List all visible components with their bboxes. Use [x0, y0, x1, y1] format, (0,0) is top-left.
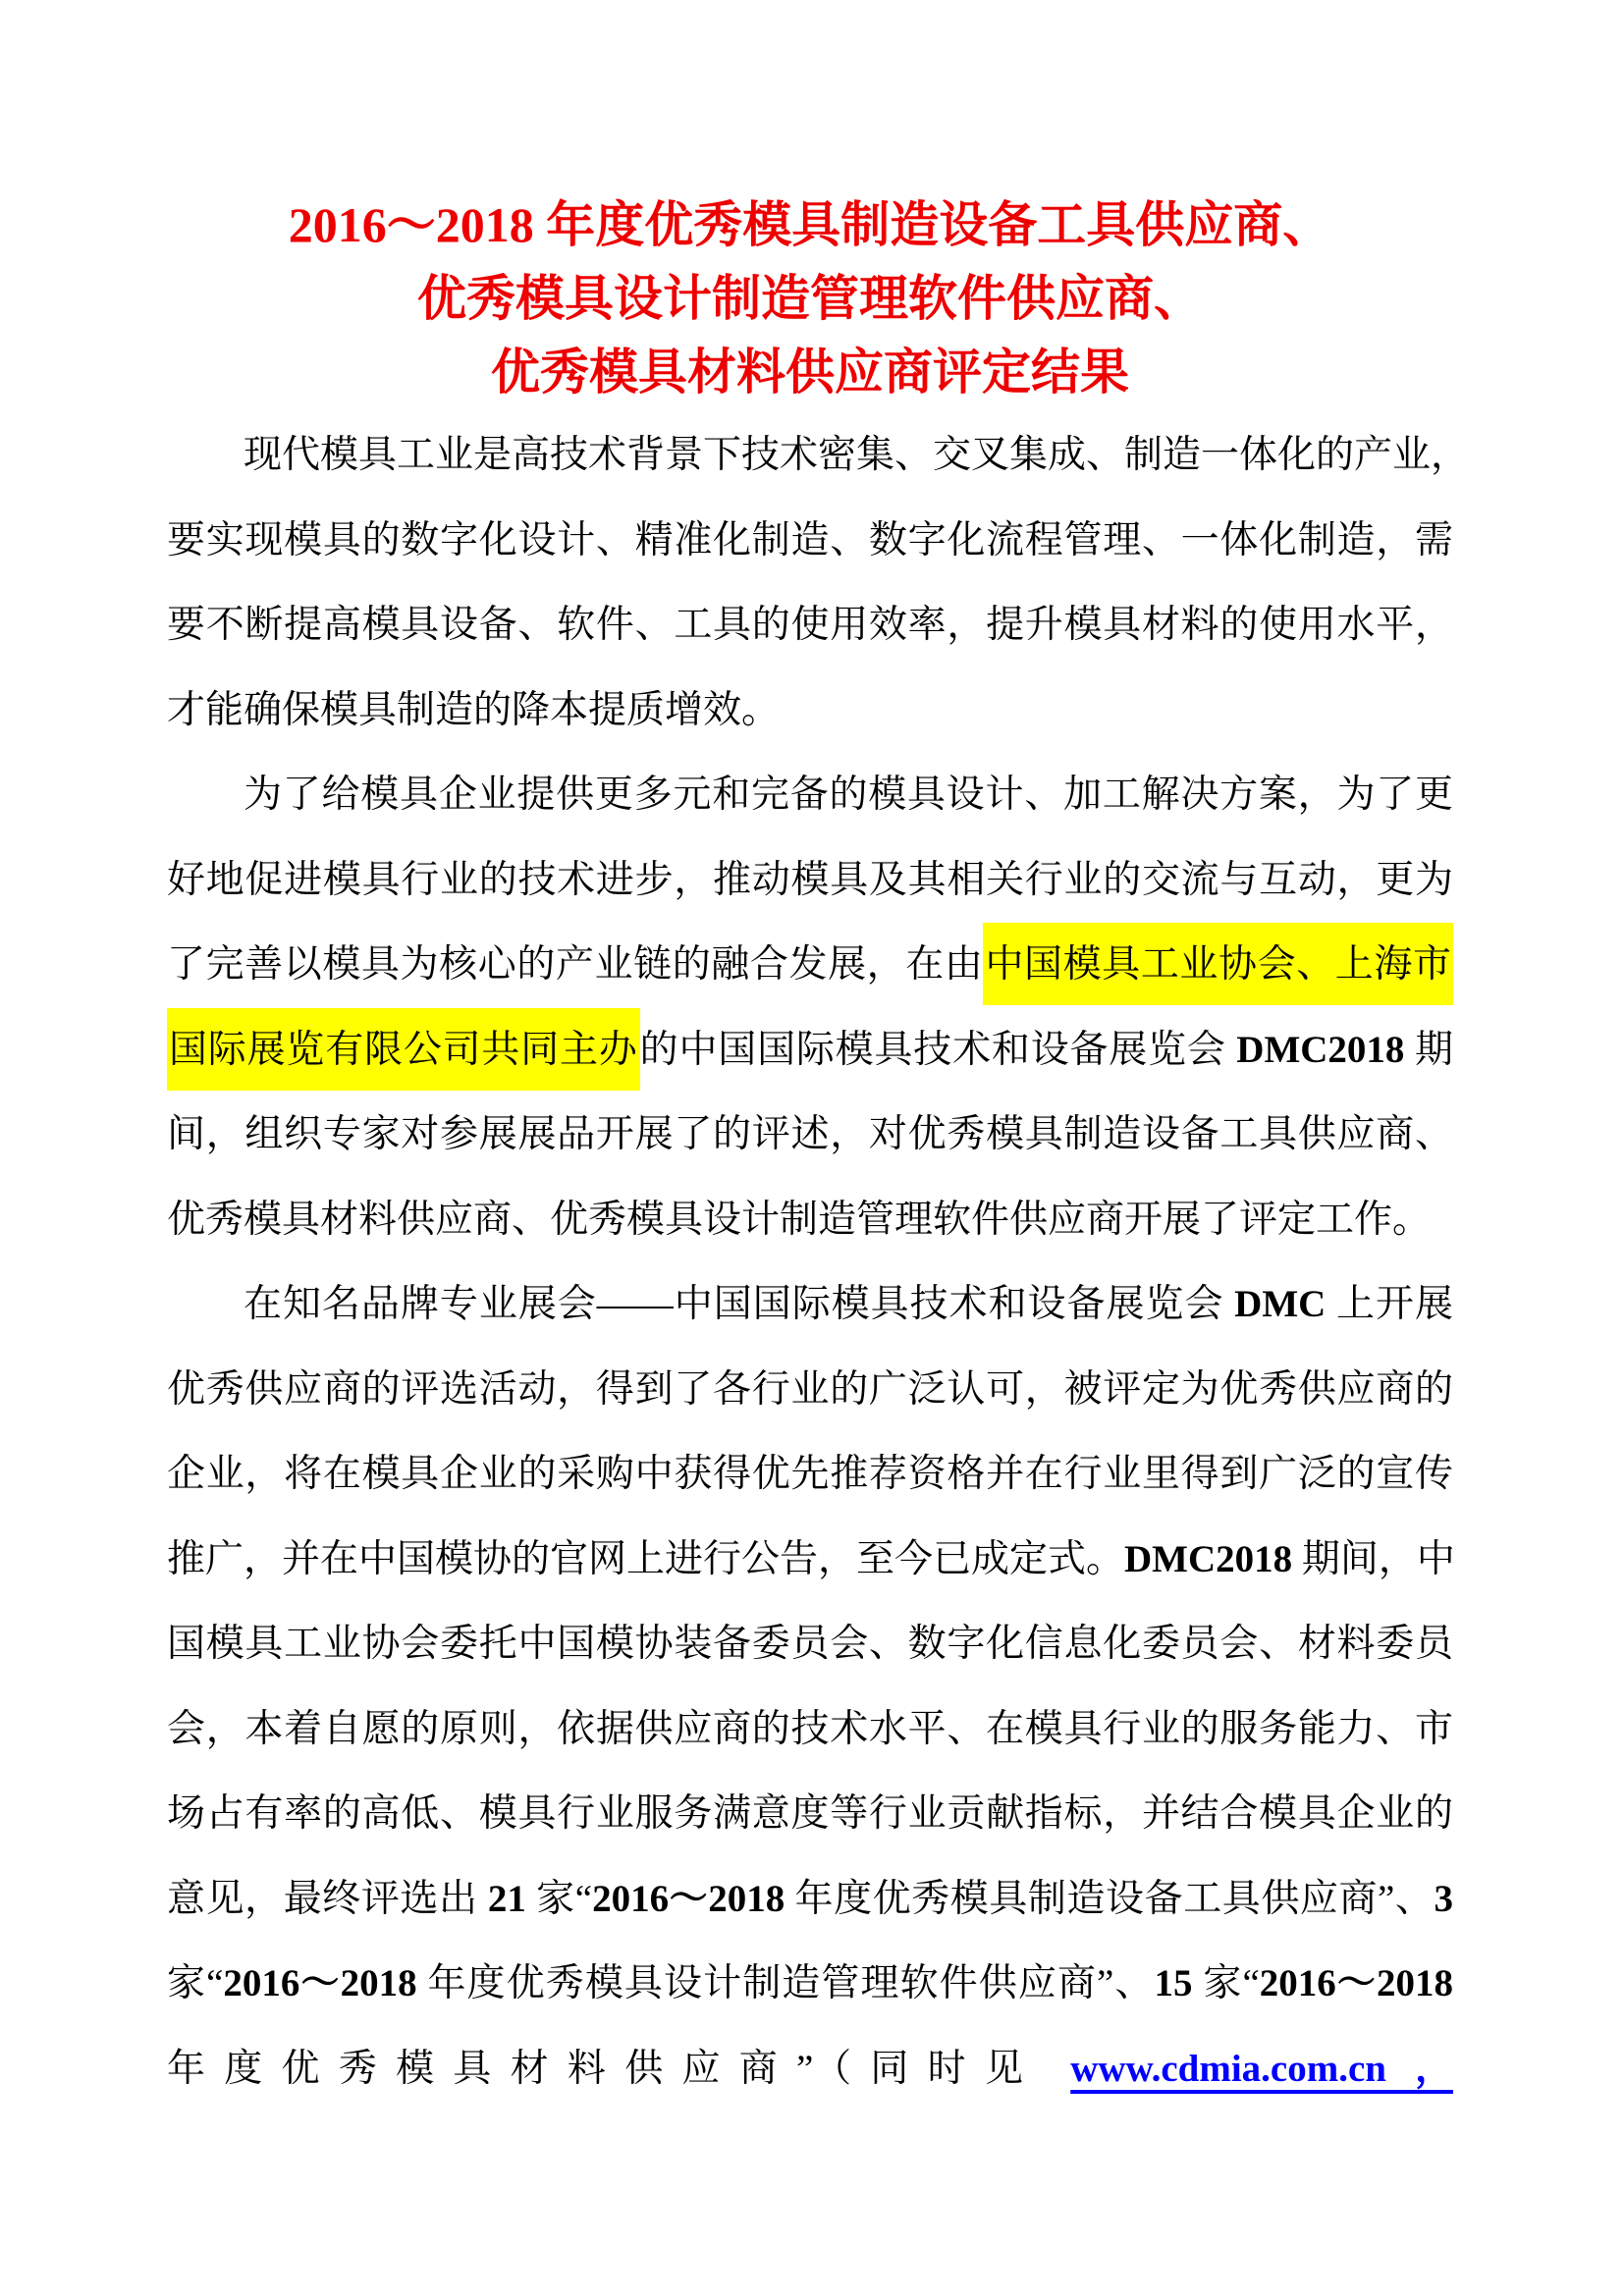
highlighted-text: 中国模具工业协会、上海市	[983, 923, 1453, 1005]
title-line: 优秀模具设计制造管理软件供应商、	[167, 262, 1453, 336]
text-segment: 的中国国际模具技术和设备展览会	[640, 1029, 1237, 1071]
body-line: 要实现模具的数字化设计、精准化制造、数字化流程管理、一体化制造，需	[167, 499, 1453, 584]
body-line: 意见，最终评选出 21 家“2016～2018 年度优秀模具制造设备工具供应商”…	[167, 1857, 1453, 1943]
body-line: 优秀供应商的评选活动，得到了各行业的广泛认可，被评定为优秀供应商的	[167, 1348, 1453, 1433]
latin-text-segment: 15	[1155, 1962, 1193, 2004]
text-segment: 好地促进模具行业的技术进步，推动模具及其相关行业的交流与互动，更为	[167, 859, 1453, 901]
body-line: 会，本着自愿的原则，依据供应商的技术水平、在模具行业的服务能力、市	[167, 1687, 1453, 1773]
text-segment: 要实现模具的数字化设计、精准化制造、数字化流程管理、一体化制造，需	[167, 519, 1453, 561]
text-segment: 家“	[167, 1962, 223, 2004]
text-segment: 企业，将在模具企业的采购中获得优先推荐资格并在行业里得到广泛的宣传	[167, 1453, 1453, 1495]
paragraph: 在知名品牌专业展会——中国国际模具技术和设备展览会 DMC 上开展优秀供应商的评…	[167, 1262, 1453, 2111]
body-line: 场占有率的高低、模具行业服务满意度等行业贡献指标，并结合模具企业的	[167, 1772, 1453, 1857]
text-segment: 年度优秀模具设计制造管理软件供应商”、	[417, 1962, 1155, 2004]
latin-text-segment: DMC	[1234, 1283, 1326, 1325]
latin-text-segment: 2016～2018	[592, 1878, 785, 1920]
latin-text-segment: 3	[1434, 1878, 1453, 1920]
body-line: 现代模具工业是高技术背景下技术密集、交叉集成、制造一体化的产业，	[167, 413, 1453, 499]
text-segment: 间，组织专家对参展展品开展了的评述，对优秀模具制造设备工具供应商、	[167, 1113, 1453, 1155]
body-line: 国际展览有限公司共同主办的中国国际模具技术和设备展览会 DMC2018 期	[167, 1008, 1453, 1094]
text-segment: 要不断提高模具设备、软件、工具的使用效率，提升模具材料的使用水平，	[167, 604, 1453, 646]
document-title: 2016～2018 年度优秀模具制造设备工具供应商、 优秀模具设计制造管理软件供…	[167, 188, 1453, 409]
body-line: 年度优秀模具材料供应商”（同时见 www.cdmia.com.cn ，	[167, 2027, 1453, 2112]
body-line: 间，组织专家对参展展品开展了的评述，对优秀模具制造设备工具供应商、	[167, 1093, 1453, 1178]
text-segment: 年度优秀模具制造设备工具供应商”、	[785, 1878, 1434, 1920]
text-segment: 了完善以模具为核心的产业链的融合发展，在由	[167, 943, 983, 986]
document-page: 2016～2018 年度优秀模具制造设备工具供应商、 优秀模具设计制造管理软件供…	[0, 0, 1624, 2296]
body-line: 为了给模具企业提供更多元和完备的模具设计、加工解决方案，为了更	[167, 753, 1453, 838]
body-line: 优秀模具材料供应商、优秀模具设计制造管理软件供应商开展了评定工作。	[167, 1178, 1453, 1263]
website-link[interactable]: www.cdmia.com.cn ，	[1070, 2048, 1453, 2090]
text-segment: 意见，最终评选出	[167, 1878, 488, 1920]
body-line: 家“2016～2018 年度优秀模具设计制造管理软件供应商”、15 家“2016…	[167, 1942, 1453, 2027]
text-segment: 才能确保模具制造的降本提质增效。	[167, 689, 780, 731]
text-segment: 推广，并在中国模协的官网上进行公告，至今已成定式。	[167, 1538, 1124, 1580]
highlighted-text: 国际展览有限公司共同主办	[167, 1008, 640, 1091]
latin-text-segment: 2016～2018	[223, 1962, 416, 2004]
latin-text-segment: DMC2018	[1124, 1538, 1292, 1580]
body-line: 了完善以模具为核心的产业链的融合发展，在由中国模具工业协会、上海市	[167, 923, 1453, 1008]
text-segment: 期间，中	[1292, 1538, 1453, 1580]
document-body: 现代模具工业是高技术背景下技术密集、交叉集成、制造一体化的产业，要实现模具的数字…	[167, 413, 1453, 2111]
text-segment: 在知名品牌专业展会——中国国际模具技术和设备展览会	[244, 1283, 1234, 1325]
text-segment: 优秀模具材料供应商、优秀模具设计制造管理软件供应商开展了评定工作。	[167, 1199, 1431, 1241]
text-segment: 现代模具工业是高技术背景下技术密集、交叉集成、制造一体化的产业，	[244, 434, 1453, 476]
text-segment: 场占有率的高低、模具行业服务满意度等行业贡献指标，并结合模具企业的	[167, 1792, 1453, 1835]
text-segment: 期	[1404, 1029, 1453, 1071]
paragraph: 现代模具工业是高技术背景下技术密集、交叉集成、制造一体化的产业，要实现模具的数字…	[167, 413, 1453, 753]
latin-text-segment: DMC2018	[1236, 1029, 1404, 1071]
body-line: 才能确保模具制造的降本提质增效。	[167, 668, 1453, 754]
text-segment: 上开展	[1326, 1283, 1453, 1325]
body-line: 推广，并在中国模协的官网上进行公告，至今已成定式。DMC2018 期间，中	[167, 1518, 1453, 1603]
body-line: 要不断提高模具设备、软件、工具的使用效率，提升模具材料的使用水平，	[167, 583, 1453, 668]
text-segment: 家“	[1193, 1962, 1260, 2004]
latin-text-segment: 21	[488, 1878, 526, 1920]
body-line: 好地促进模具行业的技术进步，推动模具及其相关行业的交流与互动，更为	[167, 838, 1453, 924]
body-line: 国模具工业协会委托中国模协装备委员会、数字化信息化委员会、材料委员	[167, 1602, 1453, 1687]
title-line: 优秀模具材料供应商评定结果	[167, 336, 1453, 409]
text-segment: 年度优秀模具材料供应商”（同时见	[167, 2048, 1070, 2090]
body-line: 在知名品牌专业展会——中国国际模具技术和设备展览会 DMC 上开展	[167, 1262, 1453, 1348]
paragraph: 为了给模具企业提供更多元和完备的模具设计、加工解决方案，为了更好地促进模具行业的…	[167, 753, 1453, 1262]
title-line: 2016～2018 年度优秀模具制造设备工具供应商、	[167, 188, 1453, 262]
text-segment: 为了给模具企业提供更多元和完备的模具设计、加工解决方案，为了更	[244, 774, 1453, 816]
text-segment: 会，本着自愿的原则，依据供应商的技术水平、在模具行业的服务能力、市	[167, 1708, 1453, 1750]
text-segment: 家“	[526, 1878, 592, 1920]
text-segment: 优秀供应商的评选活动，得到了各行业的广泛认可，被评定为优秀供应商的	[167, 1368, 1453, 1411]
text-segment: 国模具工业协会委托中国模协装备委员会、数字化信息化委员会、材料委员	[167, 1623, 1453, 1665]
latin-text-segment: 2016～2018	[1260, 1962, 1453, 2004]
body-line: 企业，将在模具企业的采购中获得优先推荐资格并在行业里得到广泛的宣传	[167, 1432, 1453, 1518]
